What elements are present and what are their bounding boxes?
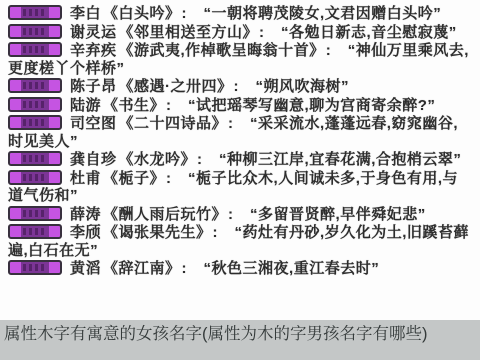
colon-separator: : (228, 206, 249, 223)
caption-band: 属性木字有寓意的女孩名字(属性为木的字男孩名字有哪些) (0, 320, 480, 360)
quote-text: “朔风吹海树” (256, 78, 350, 95)
list-item: 李白《白头吟》: “一朝将聘茂陵女,文君因赠白头吟” (8, 5, 472, 23)
colon-separator: : (166, 97, 187, 114)
list-item: 龚自珍《水龙吟》: “种柳三江岸,宜春花满,合抱梢云翠” (8, 151, 472, 169)
purple-tag-badge-icon (8, 260, 62, 275)
quote-text: “一朝将聘茂陵女,文君因赠白头吟” (204, 5, 442, 22)
work-title: 《二十四诗品》 (119, 115, 228, 132)
quote-text: “秋色三湘夜,重江春去时” (204, 260, 380, 277)
purple-tag-badge-icon (8, 170, 62, 185)
colon-separator: : (197, 151, 218, 168)
colon-separator: : (228, 115, 249, 132)
purple-tag-badge-icon (8, 5, 62, 20)
purple-tag-badge-icon (8, 115, 62, 130)
colon-separator: : (259, 24, 280, 41)
work-title: 《辞江南》 (103, 260, 181, 277)
colon-separator: : (182, 5, 203, 22)
colon-separator: : (166, 170, 187, 187)
list-item: 杜甫《栀子》: “栀子比众木,人间诚未多,于身色有用,与道气伤和” (8, 170, 472, 205)
purple-tag-badge-icon (8, 151, 62, 166)
purple-tag-badge-icon (8, 97, 62, 112)
work-title: 《游武夷,作棹歌呈晦翁十首》 (119, 42, 325, 59)
quote-text: “试把瑶琴写幽意,聊为宫商寄余醉?” (188, 97, 435, 114)
purple-tag-badge-icon (8, 78, 62, 93)
work-title: 《书生》 (103, 97, 165, 114)
list-item: 李颀《谒张果先生》: “药灶有丹砂,岁久化为土,旧蹊苔藓遍,白石在无” (8, 224, 472, 259)
poet-name: 辛弃疾 (70, 42, 117, 59)
colon-separator: : (213, 224, 234, 241)
page-title: 属性木字有寓意的女孩名字(属性为木的字男孩名字有哪些) (0, 320, 480, 344)
poet-name: 薛涛 (70, 206, 101, 223)
purple-tag-badge-icon (8, 42, 62, 57)
poet-name: 谢灵运 (70, 24, 117, 41)
poet-name: 李颀 (70, 224, 101, 241)
list-item: 薛涛《酬人雨后玩竹》: “多留晋贤醉,早伴舜妃悲” (8, 206, 472, 224)
list-item: 黄滔《辞江南》: “秋色三湘夜,重江春去时” (8, 260, 472, 278)
poet-name: 杜甫 (70, 170, 101, 187)
poet-name: 陆游 (70, 97, 101, 114)
work-title: 《感遇·之卅四》 (119, 78, 233, 95)
list-item: 谢灵运《邻里相送至方山》: “各勉日新志,音尘慰寂蔑” (8, 24, 472, 42)
work-title: 《谒张果先生》 (103, 224, 212, 241)
poet-name: 龚自珍 (70, 151, 117, 168)
purple-tag-badge-icon (8, 206, 62, 221)
purple-tag-badge-icon (8, 24, 62, 39)
work-title: 《邻里相送至方山》 (119, 24, 259, 41)
colon-separator: : (326, 42, 347, 59)
poet-name: 黄滔 (70, 260, 101, 277)
quote-text: “各勉日新志,音尘慰寂蔑” (281, 24, 457, 41)
list-item: 司空图《二十四诗品》: “采采流水,蓬蓬远春,窈窕幽谷,时见美人” (8, 115, 472, 150)
list-item: 陆游《书生》: “试把瑶琴写幽意,聊为宫商寄余醉?” (8, 97, 472, 115)
list-item: 陈子昂《感遇·之卅四》: “朔风吹海树” (8, 78, 472, 96)
colon-separator: : (234, 78, 255, 95)
work-title: 《水龙吟》 (119, 151, 197, 168)
work-title: 《栀子》 (103, 170, 165, 187)
poet-name: 司空图 (70, 115, 117, 132)
quote-text: “多留晋贤醉,早伴舜妃悲” (250, 206, 426, 223)
quote-text: “种柳三江岸,宜春花满,合抱梢云翠” (219, 151, 461, 168)
poem-quote-list: 李白《白头吟》: “一朝将聘茂陵女,文君因赠白头吟”谢灵运《邻里相送至方山》: … (0, 0, 480, 278)
work-title: 《酬人雨后玩竹》 (103, 206, 227, 223)
poet-name: 李白 (70, 5, 101, 22)
purple-tag-badge-icon (8, 224, 62, 239)
work-title: 《白头吟》 (103, 5, 181, 22)
article-page: 李白《白头吟》: “一朝将聘茂陵女,文君因赠白头吟”谢灵运《邻里相送至方山》: … (0, 0, 480, 360)
poet-name: 陈子昂 (70, 78, 117, 95)
list-item: 辛弃疾《游武夷,作棹歌呈晦翁十首》: “神仙万里乘风去,更度槎丫个样桥” (8, 42, 472, 77)
colon-separator: : (182, 260, 203, 277)
